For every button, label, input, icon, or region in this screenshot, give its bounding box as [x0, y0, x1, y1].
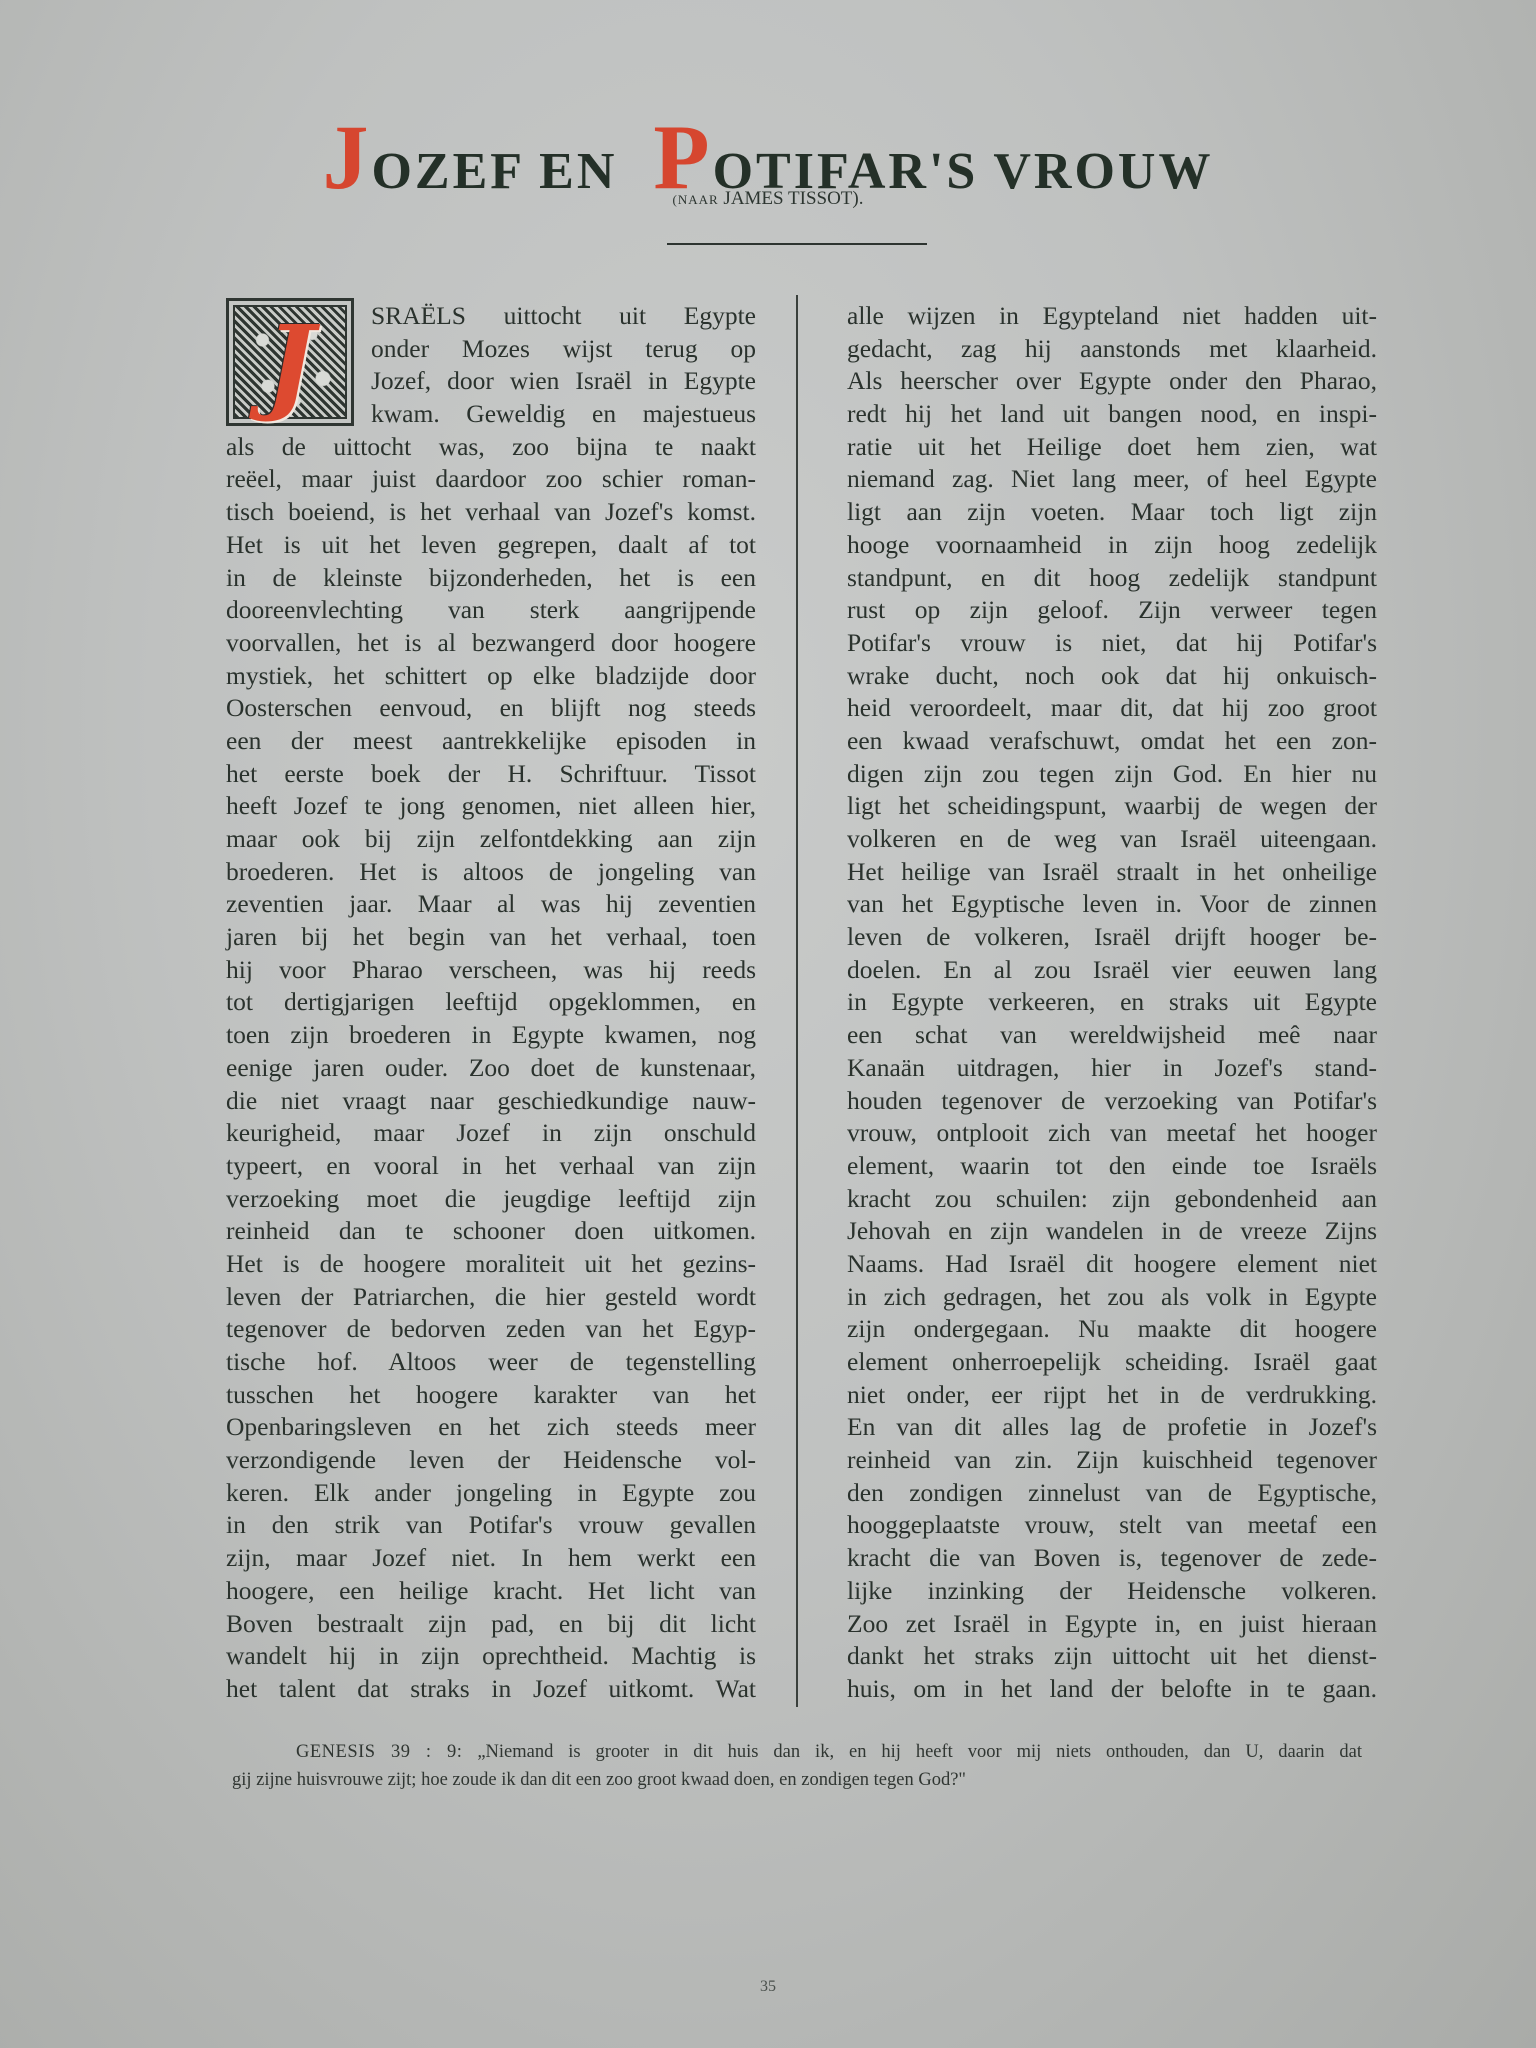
- text-line: tische hof. Altoos weer de tegenstelling: [226, 1346, 756, 1379]
- text-line: element onherroepelijk scheiding. Israël…: [847, 1346, 1377, 1379]
- text-line: Zoo zet Israël in Egypte in, en juist hi…: [847, 1608, 1377, 1641]
- text-line: typeert, en vooral in het verhaal van zi…: [226, 1150, 756, 1183]
- text-line: maar ook bij zijn zelfontdekking aan zij…: [226, 823, 756, 856]
- text-line: toen zijn broederen in Egypte kwamen, no…: [226, 1019, 756, 1052]
- subtitle-author: JAMES TISSOT).: [723, 188, 863, 209]
- text-line: een schat van wereldwijsheid meê naar: [847, 1019, 1377, 1052]
- text-line: eenige jaren ouder. Zoo doet de kunstena…: [226, 1052, 756, 1085]
- subtitle: (NAAR JAMES TISSOT).: [0, 188, 1536, 210]
- left-column: SRAËLS uittocht uit Egypteonder Mozes wi…: [226, 300, 756, 1706]
- text-line: tusschen het hoogere karakter van het: [226, 1379, 756, 1412]
- text-line: lijke inzinking der Heidensche volkeren.: [847, 1575, 1377, 1608]
- text-line: onder Mozes wijst terug op: [371, 333, 756, 366]
- text-line: kwam. Geweldig en majestueus: [371, 398, 756, 431]
- text-line: reinheid dan te schooner doen uitkomen.: [226, 1215, 756, 1248]
- text-line: in Egypte verkeeren, en straks uit Egypt…: [847, 986, 1377, 1019]
- text-line: houden tegenover de verzoeking van Potif…: [847, 1085, 1377, 1118]
- text-line: tisch boeiend, is het verhaal van Jozef'…: [226, 496, 756, 529]
- text-line: zijn, maar Jozef niet. In hem werkt een: [226, 1542, 756, 1575]
- text-line: in de kleinste bijzonderheden, het is ee…: [226, 562, 756, 595]
- text-line: tegenover de bedorven zeden van het Egyp…: [226, 1313, 756, 1346]
- text-line: Het heilige van Israël straalt in het on…: [847, 856, 1377, 889]
- text-line: keurigheid, maar Jozef in zijn onschuld: [226, 1117, 756, 1150]
- text-line: element, waarin tot den einde toe Israël…: [847, 1150, 1377, 1183]
- text-line: huis, om in het land der belofte in te g…: [847, 1673, 1377, 1706]
- text-line: ligt aan zijn voeten. Maar toch ligt zij…: [847, 496, 1377, 529]
- text-line: in den strik van Potifar's vrouw gevalle…: [226, 1509, 756, 1542]
- page-number: 35: [0, 1978, 1536, 1996]
- text-line: ligt het scheidingspunt, waarbij de wege…: [847, 790, 1377, 823]
- text-line: hooggeplaatste vrouw, stelt van meetaf e…: [847, 1509, 1377, 1542]
- text-line: in zich gedragen, het zou als volk in Eg…: [847, 1281, 1377, 1314]
- footnote-scripture-quote: GENESIS 39 : 9: „Niemand is grooter in d…: [232, 1738, 1362, 1794]
- text-line: reëel, maar juist daardoor zoo schier ro…: [226, 463, 756, 496]
- text-line: standpunt, en dit hoog zedelijk standpun…: [847, 562, 1377, 595]
- text-line: Jehovah en zijn wandelen in de vreeze Zi…: [847, 1215, 1377, 1248]
- text-line: leven der Patriarchen, die hier gesteld …: [226, 1281, 756, 1314]
- text-line: Potifar's vrouw is niet, dat hij Potifar…: [847, 627, 1377, 660]
- text-line: het eerste boek der H. Schriftuur. Tisso…: [226, 758, 756, 791]
- text-line: heid veroordeelt, maar dit, dat hij zoo …: [847, 692, 1377, 725]
- column-divider: [796, 295, 798, 1707]
- text-line: Kanaän uitdragen, hier in Jozef's stand-: [847, 1052, 1377, 1085]
- text-line: wrake ducht, noch ook dat hij onkuisch-: [847, 660, 1377, 693]
- text-line: niemand zag. Niet lang meer, of heel Egy…: [847, 463, 1377, 496]
- text-line: hooge voornaamheid in zijn hoog zedelijk: [847, 529, 1377, 562]
- text-line: reinheid van zin. Zijn kuischheid tegeno…: [847, 1444, 1377, 1477]
- text-line: keren. Elk ander jongeling in Egypte zou: [226, 1477, 756, 1510]
- text-line: doelen. En al zou Israël vier eeuwen lan…: [847, 954, 1377, 987]
- right-column: alle wijzen in Egypteland niet hadden ui…: [847, 300, 1377, 1706]
- text-line: Het is de hoogere moraliteit uit het gez…: [226, 1248, 756, 1281]
- text-line: kracht zou schuilen: zijn gebondenheid a…: [847, 1183, 1377, 1216]
- text-line: dankt het straks zijn uittocht uit het d…: [847, 1640, 1377, 1673]
- text-line: verzondigende leven der Heidensche vol-: [226, 1444, 756, 1477]
- footnote-line-2: gij zijne huisvrouwe zijt; hoe zoude ik …: [232, 1766, 1362, 1794]
- document-page: JOZEF ENPOTIFAR'S VROUW (NAAR JAMES TISS…: [0, 0, 1536, 2048]
- footnote-text-1: „Niemand is grooter in dit huis dan ik, …: [477, 1742, 1362, 1762]
- footnote-reference: GENESIS 39 : 9:: [296, 1742, 462, 1762]
- text-line: Openbaringsleven en het zich steeds meer: [226, 1411, 756, 1444]
- text-line: zijn ondergegaan. Nu maakte dit hoogere: [847, 1313, 1377, 1346]
- text-line: als de uittocht was, zoo bijna te naakt: [226, 431, 756, 464]
- text-line: mystiek, het schittert op elke bladzijde…: [226, 660, 756, 693]
- text-line: die niet vraagt naar geschiedkundige nau…: [226, 1085, 756, 1118]
- text-line: gedacht, zag hij aanstonds met klaarheid…: [847, 333, 1377, 366]
- text-line: Als heerscher over Egypte onder den Phar…: [847, 365, 1377, 398]
- text-line: hij voor Pharao verscheen, was hij reeds: [226, 954, 756, 987]
- text-line: tot dertigjarigen leeftijd opgeklommen, …: [226, 986, 756, 1019]
- text-line: den zondigen zinnelust van de Egyptische…: [847, 1477, 1377, 1510]
- text-line: redt hij het land uit bangen nood, en in…: [847, 398, 1377, 431]
- footnote-line-1: GENESIS 39 : 9: „Niemand is grooter in d…: [232, 1738, 1362, 1766]
- text-line: Het is uit het leven gegrepen, daalt af …: [226, 529, 756, 562]
- text-line: Jozef, door wien Israël in Egypte: [371, 365, 756, 398]
- text-line: kracht die van Boven is, tegenover de ze…: [847, 1542, 1377, 1575]
- text-line: volkeren en de weg van Israël uiteengaan…: [847, 823, 1377, 856]
- text-line: jaren bij het begin van het verhaal, toe…: [226, 921, 756, 954]
- text-line: rust op zijn geloof. Zijn verweer tegen: [847, 594, 1377, 627]
- text-line: voorvallen, het is al bezwangerd door ho…: [226, 627, 756, 660]
- title-divider: [667, 243, 927, 245]
- text-line: Boven bestraalt zijn pad, en bij dit lic…: [226, 1608, 756, 1641]
- text-line: een kwaad verafschuwt, omdat het een zon…: [847, 725, 1377, 758]
- text-line: hoogere, een heilige kracht. Het licht v…: [226, 1575, 756, 1608]
- text-line: wandelt hij in zijn oprechtheid. Machtig…: [226, 1640, 756, 1673]
- subtitle-prefix: (NAAR: [673, 192, 719, 207]
- text-line: heeft Jozef te jong genomen, niet alleen…: [226, 790, 756, 823]
- text-line: niet onder, eer rijpt het in de verdrukk…: [847, 1379, 1377, 1412]
- text-line: dooreenvlechting van sterk aangrijpende: [226, 594, 756, 627]
- text-line: broederen. Het is altoos de jongeling va…: [226, 856, 756, 889]
- text-line: digen zijn zou tegen zijn God. En hier n…: [847, 758, 1377, 791]
- text-line: Oosterschen eenvoud, en blijft nog steed…: [226, 692, 756, 725]
- text-line: zeventien jaar. Maar al was hij zeventie…: [226, 888, 756, 921]
- text-line: leven de volkeren, Israël drijft hooger …: [847, 921, 1377, 954]
- text-line: vrouw, ontplooit zich van meetaf het hoo…: [847, 1117, 1377, 1150]
- text-line: SRAËLS uittocht uit Egypte: [371, 300, 756, 333]
- text-line: alle wijzen in Egypteland niet hadden ui…: [847, 300, 1377, 333]
- text-line: het talent dat straks in Jozef uitkomt. …: [226, 1673, 756, 1706]
- text-line: een der meest aantrekkelijke episoden in: [226, 725, 756, 758]
- text-line: ratie uit het Heilige doet hem zien, wat: [847, 431, 1377, 464]
- text-line: En van dit alles lag de profetie in Joze…: [847, 1411, 1377, 1444]
- text-line: verzoeking moet die jeugdige leeftijd zi…: [226, 1183, 756, 1216]
- text-line: van het Egyptische leven in. Voor de zin…: [847, 888, 1377, 921]
- text-line: Naams. Had Israël dit hoogere element ni…: [847, 1248, 1377, 1281]
